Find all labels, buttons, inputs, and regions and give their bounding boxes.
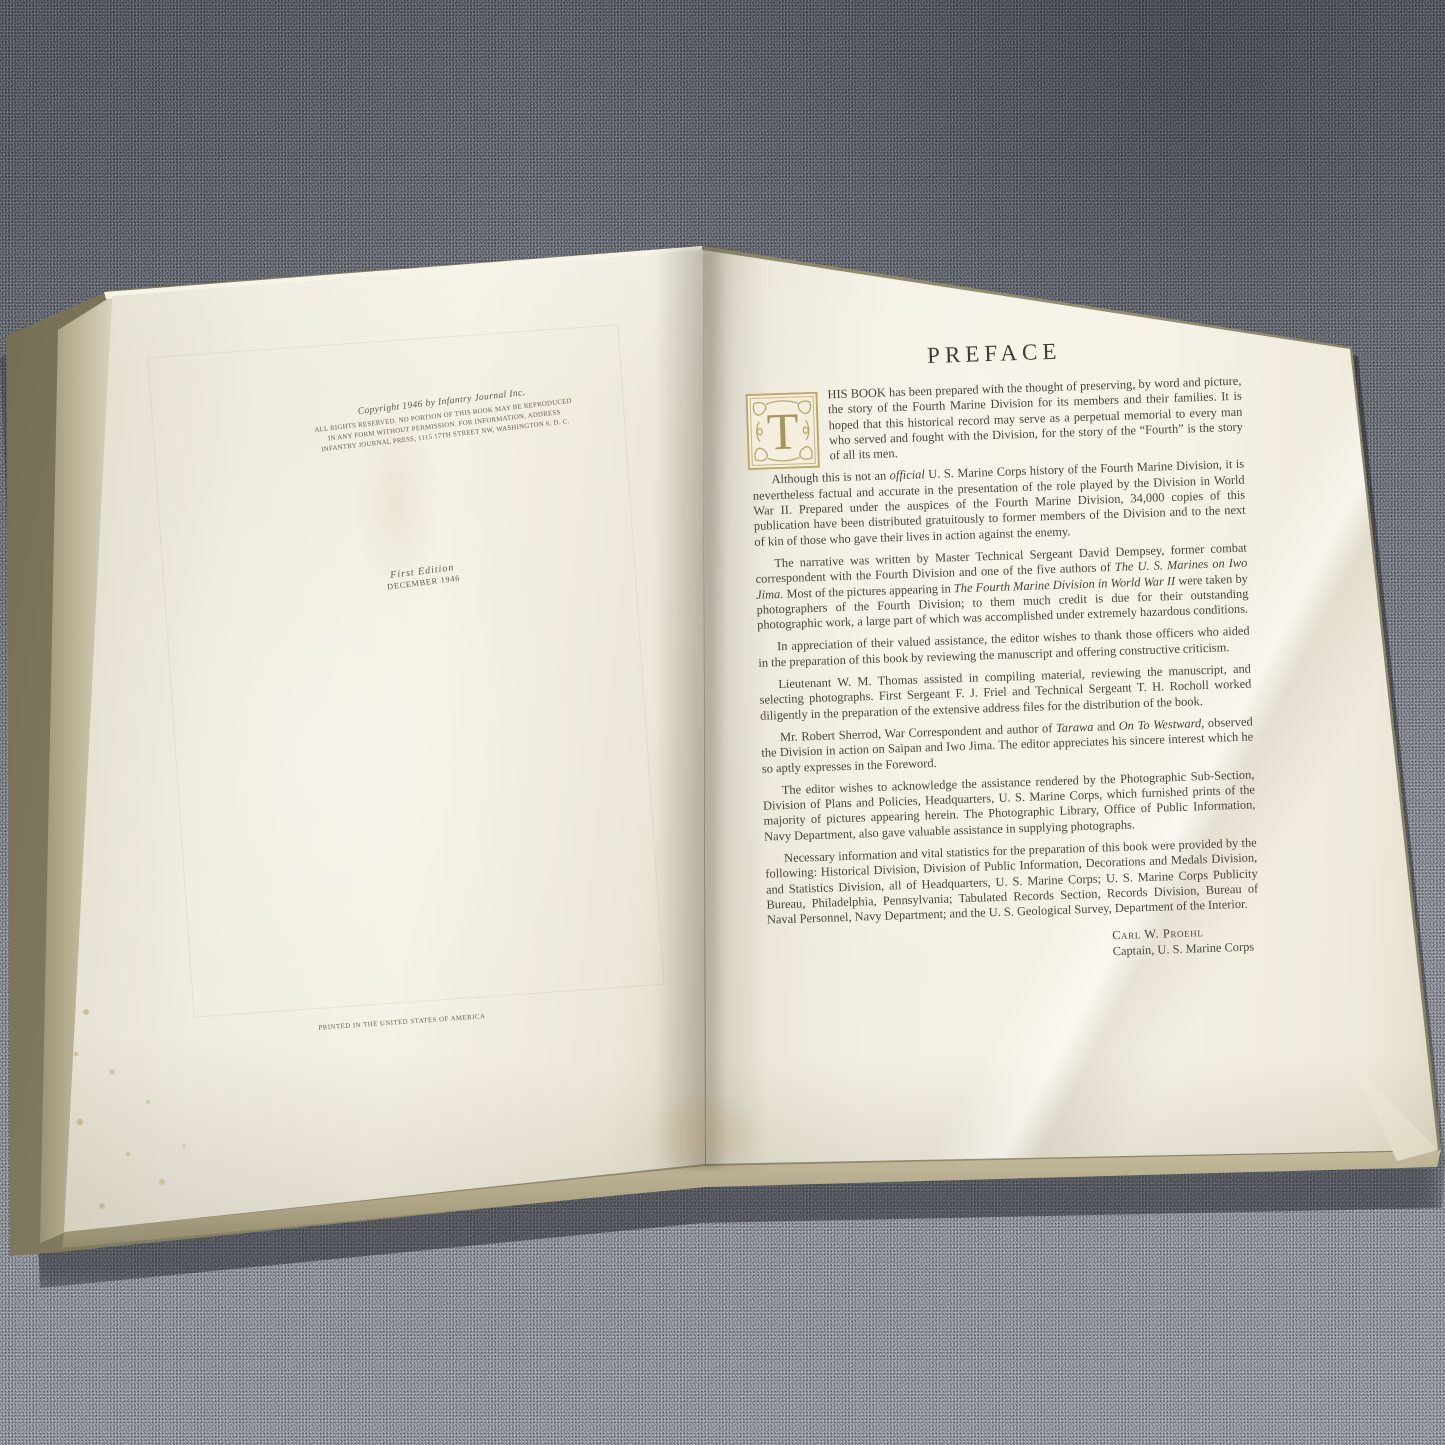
preface-paragraph-2: Although this is not an official U. S. M… (752, 457, 1246, 550)
book-photo-scene: Copyright 1946 by Infantry Journal Inc. … (0, 0, 1445, 1445)
drop-cap-ornament-svg: T (745, 392, 819, 470)
preface-paragraphs: T HIS BOOK has been prepared with the th… (749, 374, 1259, 929)
foxing-stains (64, 950, 234, 1230)
preface-paragraph-8: Necessary information and vital statisti… (765, 835, 1259, 928)
preface-paragraph-5: Lieutenant W. M. Thomas assisted in comp… (759, 662, 1252, 724)
preface-paragraph-3: The narrative was written by Master Tech… (755, 541, 1249, 634)
signature-block: Carl W. Proehl Captain, U. S. Marine Cor… (1112, 922, 1254, 960)
preface-paragraph-7: The editor wishes to acknowledge the ass… (762, 767, 1256, 844)
preface-text-block: PREFACE T (748, 333, 1260, 971)
drop-cap-ornament: T (745, 392, 819, 470)
preface-paragraph-1: HIS BOOK has been prepared with the thou… (749, 374, 1243, 467)
preface-paragraph-6: Mr. Robert Sherrod, War Correspondent an… (761, 714, 1254, 776)
drop-cap-letter: T (766, 403, 800, 461)
gutter-stain (640, 1090, 770, 1160)
